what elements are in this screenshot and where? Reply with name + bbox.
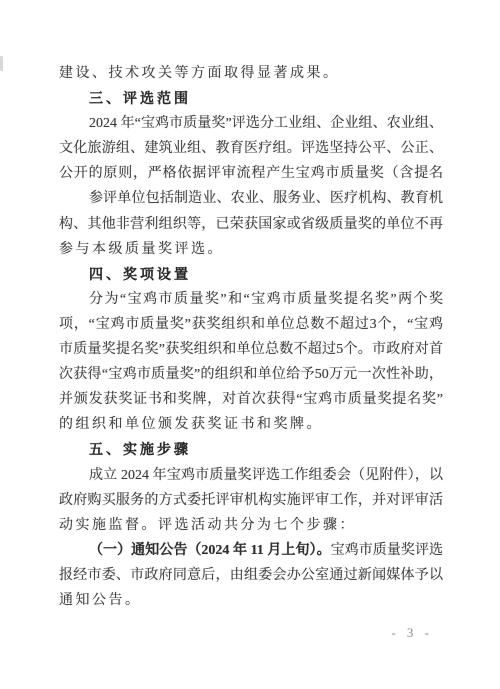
text-line: 次获得“宝鸡市质量奖”的组织和单位给予50万元一次性补助， — [59, 362, 443, 387]
text-line: 公开的原则，严格依据评审流程产生宝鸡市质量奖（含提名奖）。 — [59, 161, 443, 186]
section-heading: 三、评选范围 — [59, 86, 443, 111]
page-number: - 3 - — [391, 626, 433, 639]
text-line: 通知公告。 — [59, 588, 443, 613]
text-line: 动实施监督。评选活动共分为七个步骤： — [59, 513, 443, 538]
text-line: 2024 年“宝鸡市质量奖”评选分工业组、企业组、农业组、 — [59, 111, 443, 136]
emphasis-text: （一）通知公告（2024 年 11 月上旬）。 — [89, 543, 331, 558]
text-line: 的组织和单位颁发获奖证书和奖牌。 — [59, 412, 443, 437]
section-heading: 五、实施步骤 — [59, 437, 443, 462]
text-line: 并颁发获奖证书和奖牌，对首次获得“宝鸡市质量奖提名奖” — [59, 387, 443, 412]
body-text: 宝鸡市质量奖评选 — [331, 543, 443, 558]
text-line: 参与本级质量奖评选。 — [59, 237, 443, 262]
text-line: 参评单位包括制造业、农业、服务业、医疗机构、教育机 — [59, 186, 443, 211]
text-line: 成立 2024 年宝鸡市质量奖评选工作组委会（见附件），以 — [59, 463, 443, 488]
document-body: 建设、技术攻关等方面取得显著成果。三、评选范围2024 年“宝鸡市质量奖”评选分… — [59, 61, 443, 613]
text-line: （一）通知公告（2024 年 11 月上旬）。宝鸡市质量奖评选 — [59, 538, 443, 563]
text-line: 分为“宝鸡市质量奖”和“宝鸡市质量奖提名奖”两个奖 — [59, 287, 443, 312]
text-line: 构、其他非营利组织等，已荣获国家或省级质量奖的单位不再 — [59, 212, 443, 237]
text-line: 报经市委、市政府同意后，由组委会办公室通过新闻媒体予以 — [59, 563, 443, 588]
text-line: 市质量奖提名奖”获奖组织和单位总数不超过5个。市政府对首 — [59, 337, 443, 362]
scan-artifact-mark — [0, 56, 3, 71]
section-heading: 四、奖项设置 — [59, 262, 443, 287]
text-line: 政府购买服务的方式委托评审机构实施评审工作，并对评审活 — [59, 488, 443, 513]
document-page: 建设、技术攻关等方面取得显著成果。三、评选范围2024 年“宝鸡市质量奖”评选分… — [0, 0, 500, 689]
text-line: 文化旅游组、建筑业组、教育医疗组。评选坚持公平、公正、 — [59, 136, 443, 161]
text-line: 项，“宝鸡市质量奖”获奖组织和单位总数不超过3个，“宝鸡 — [59, 312, 443, 337]
text-line: 建设、技术攻关等方面取得显著成果。 — [59, 61, 443, 86]
